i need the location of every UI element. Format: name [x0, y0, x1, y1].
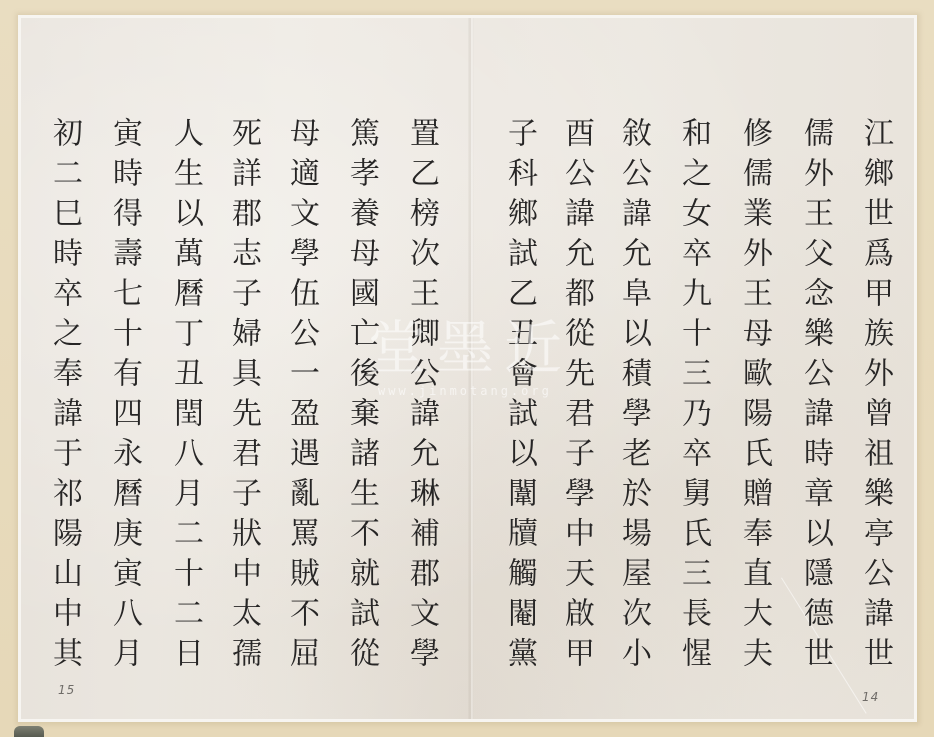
text-column: 初二巳時卒之奉諱于祁陽山中其	[49, 117, 79, 677]
text-column: 儒外王父念樂公諱時章以隱德世	[800, 117, 830, 677]
text-column: 酉公諱允都從先君子學中天啟甲	[561, 117, 591, 677]
text-column: 母適文學伍公一盈遇亂罵賊不屈	[286, 117, 316, 677]
text-column: 人生以萬曆丁丑閏八月二十二日	[170, 117, 200, 677]
watermark-seal: 堂墨近	[368, 316, 572, 380]
page-number: 14	[862, 690, 879, 704]
text-column: 和之女卒九十三乃卒舅氏三長惺	[678, 117, 708, 677]
mount-clip	[14, 726, 44, 737]
text-column: 篤孝養母國亡後棄諸生不就試從	[346, 117, 376, 677]
text-column: 敘公諱允阜以積學老於場屋次小	[618, 117, 648, 677]
watermark-url: www.jinmotang.org	[378, 384, 552, 398]
page-number: 15	[58, 683, 75, 697]
text-column: 修儒業外王母歐陽氏贈奉直大夫	[739, 117, 769, 677]
text-column: 江鄉世爲甲族外曾祖樂亭公諱世	[860, 117, 890, 677]
text-column: 寅時得壽七十有四永曆庚寅八月	[109, 117, 139, 677]
text-column: 死詳郡志子婦具先君子狀中太孺	[228, 117, 258, 677]
